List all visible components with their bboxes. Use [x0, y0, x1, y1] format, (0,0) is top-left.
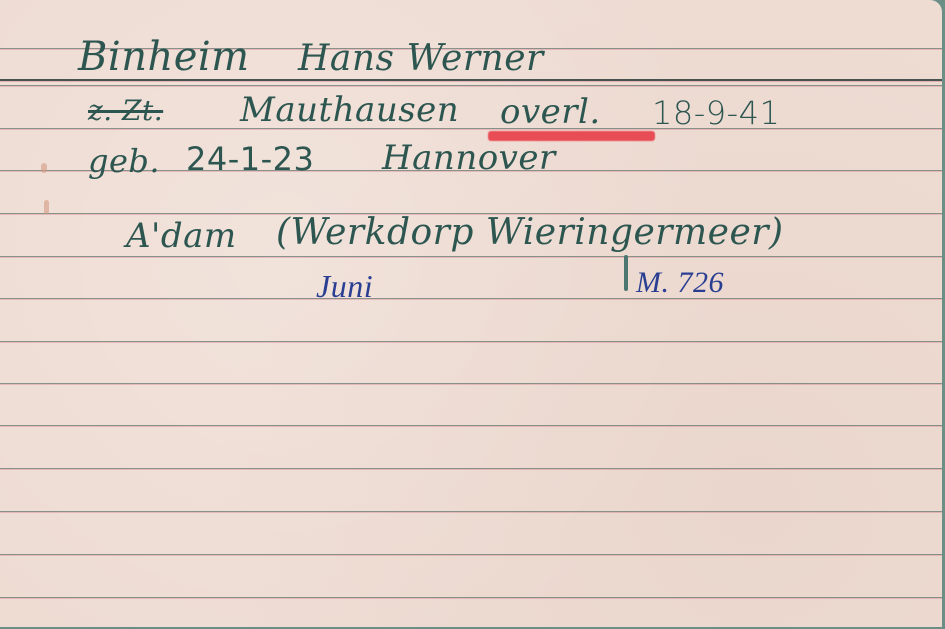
residence-detail: (Werkdorp Wieringermeer): [276, 212, 784, 253]
pen-stroke: [624, 255, 628, 291]
ruled-line: [0, 128, 942, 129]
birth-prefix: geb.: [88, 142, 160, 180]
ruled-line: [0, 425, 942, 426]
birth-place: Hannover: [382, 138, 556, 178]
ruled-line: [0, 597, 942, 598]
ruled-line-double-bottom: [0, 85, 942, 86]
ruled-line: [0, 256, 942, 257]
given-names: Hans Werner: [298, 38, 544, 79]
struck-prefix: z. Zt.: [88, 94, 163, 127]
stain-mark: [41, 163, 47, 173]
place-of-status: Mauthausen: [240, 90, 459, 130]
index-card: Binheim Hans Werner z. Zt. Mauthausen ov…: [0, 0, 942, 627]
annotation-month: Juni: [316, 268, 373, 305]
residence-city: A'dam: [126, 216, 237, 256]
ruled-line: [0, 468, 942, 469]
ruled-line: [0, 298, 942, 299]
status-deceased: overl.: [500, 92, 601, 132]
surname: Binheim: [78, 34, 250, 80]
ruled-line: [0, 554, 942, 555]
birth-date: 24-1-23: [186, 140, 314, 178]
annotation-reference: M. 726: [636, 266, 724, 300]
ruled-line: [0, 383, 942, 384]
stain-mark: [44, 200, 49, 214]
ruled-line: [0, 511, 942, 512]
status-date: 18-9-41: [652, 94, 780, 132]
ruled-line: [0, 341, 942, 342]
